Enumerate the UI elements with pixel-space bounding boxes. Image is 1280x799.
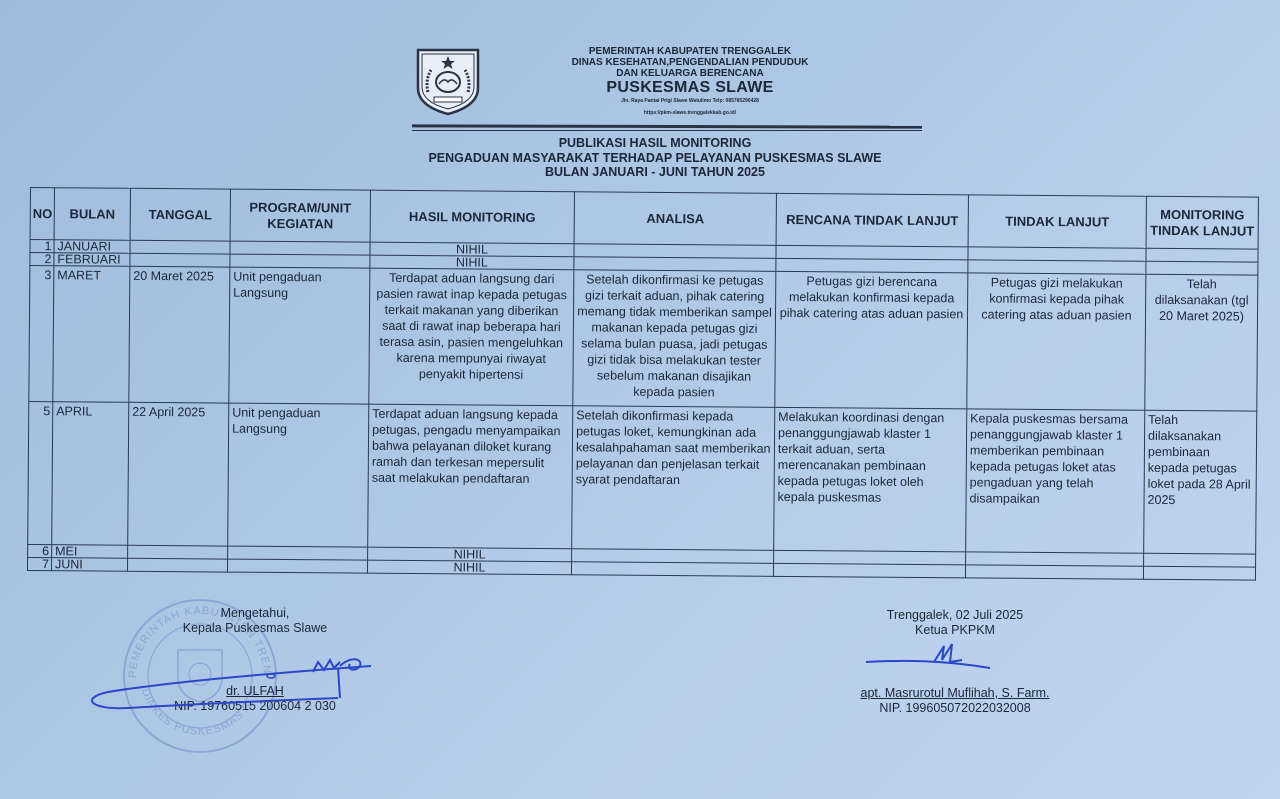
cell-bulan: JUNI	[51, 558, 127, 572]
cell-no: 2	[30, 253, 54, 266]
cell-rencana: Melakukan koordinasi dengan penanggungja…	[774, 407, 967, 552]
cell-monitoring	[1146, 248, 1258, 262]
letterhead: PEMERINTAH KABUPATEN TRENGGALEK DINAS KE…	[410, 44, 922, 124]
header-program: PROGRAM/UNIT KEGIATAN	[230, 189, 370, 242]
signatory-nip-right: NIP. 199605072022032008	[840, 701, 1070, 716]
cell-bulan: MARET	[53, 266, 130, 403]
cell-no: 7	[27, 557, 51, 570]
letterhead-government: PEMERINTAH KABUPATEN TRENGGALEK	[540, 46, 840, 57]
cell-tindak: Kepala puskesmas bersama penanggungjawab…	[966, 409, 1145, 553]
cell-hasil: Terdapat aduan langsung dari pasien rawa…	[369, 268, 574, 406]
title-line-3: BULAN JANUARI - JUNI TAHUN 2025	[400, 165, 910, 180]
cell-tindak: Petugas gizi melakukan konfirmasi kepada…	[967, 273, 1146, 410]
monitoring-table-container: NO BULAN TANGGAL PROGRAM/UNIT KEGIATAN H…	[27, 187, 1258, 581]
signatory-position-right: Ketua PKPKM	[840, 623, 1070, 638]
handwritten-signature-right-icon	[862, 640, 1002, 674]
cell-analisa: Setelah dikonfirmasi kepada petugas loke…	[572, 406, 775, 551]
monitoring-table: NO BULAN TANGGAL PROGRAM/UNIT KEGIATAN H…	[27, 187, 1259, 581]
cell-hasil: NIHIL	[367, 560, 571, 575]
cell-bulan: JANUARI	[54, 240, 130, 254]
signatory-name-right: apt. Masrurotul Muflihah, S. Farm.	[840, 686, 1070, 701]
regency-emblem-icon	[412, 44, 484, 116]
cell-program: Unit pengaduan Langsung	[228, 403, 369, 547]
table-row: 3 MARET 20 Maret 2025 Unit pengaduan Lan…	[29, 266, 1258, 412]
cell-monitoring	[1143, 566, 1255, 580]
cell-tanggal	[127, 558, 227, 572]
signatory-position-left: Kepala Puskesmas Slawe	[150, 621, 360, 636]
title-line-2: PENGADUAN MASYARAKAT TERHADAP PELAYANAN …	[400, 151, 910, 166]
cell-program	[230, 254, 370, 268]
table-row: 5 APRIL 22 April 2025 Unit pengaduan Lan…	[28, 401, 1257, 554]
cell-analisa: Setelah dikonfirmasi ke petugas gizi ter…	[573, 270, 776, 408]
cell-monitoring	[1146, 261, 1258, 275]
cell-tanggal: 22 April 2025	[128, 402, 229, 546]
cell-bulan: APRIL	[52, 402, 129, 546]
cell-program	[228, 546, 368, 560]
header-tindak-lanjut: TINDAK LANJUT	[968, 195, 1146, 248]
cell-no: 1	[30, 240, 54, 253]
place-date: Trenggalek, 02 Juli 2025	[840, 608, 1070, 623]
cell-rencana	[773, 563, 965, 578]
header-tanggal: TANGGAL	[130, 188, 230, 241]
letterhead-rule	[412, 124, 922, 128]
cell-program	[227, 559, 367, 573]
cell-analisa	[571, 562, 773, 577]
letterhead-website: https://pkm-slawe.trenggalekkab.go.id/	[540, 109, 840, 118]
table-header-row: NO BULAN TANGGAL PROGRAM/UNIT KEGIATAN H…	[30, 188, 1258, 250]
cell-no: 6	[28, 544, 52, 557]
header-rencana-tindak-lanjut: RENCANA TINDAK LANJUT	[776, 193, 968, 247]
cell-tindak	[965, 565, 1143, 579]
cell-hasil: Terdapat aduan langsung kepada petugas, …	[368, 404, 573, 549]
cell-no: 5	[28, 401, 53, 544]
cell-no: 3	[29, 266, 54, 402]
cell-tanggal	[130, 240, 230, 254]
handwritten-signature-left-icon	[88, 652, 388, 714]
header-no: NO	[30, 188, 54, 240]
cell-monitoring: Telah dilaksanakan pembinaan kepada petu…	[1144, 410, 1257, 554]
cell-tanggal	[128, 545, 228, 559]
letterhead-rule-thin	[412, 130, 922, 131]
cell-program: Unit pengaduan Langsung	[229, 267, 370, 404]
header-hasil-monitoring: HASIL MONITORING	[370, 190, 574, 244]
acknowledged-label: Mengetahui,	[150, 606, 360, 621]
letterhead-department-cont: DAN KELUARGA BERENCANA	[540, 68, 840, 79]
header-analisa: ANALISA	[574, 192, 776, 246]
letterhead-department: DINAS KESEHATAN,PENGENDALIAN PENDUDUK	[540, 57, 840, 68]
cell-bulan: MEI	[52, 545, 128, 559]
document-title: PUBLIKASI HASIL MONITORING PENGADUAN MAS…	[400, 136, 910, 180]
cell-bulan: FEBRUARI	[54, 253, 130, 267]
letterhead-address: Jln. Raya Pantai Prigi Slawe Watulimo Te…	[540, 97, 840, 106]
cell-program	[230, 241, 370, 255]
cell-tanggal: 20 Maret 2025	[129, 266, 230, 403]
cell-monitoring: Telah dilaksanakan (tgl 20 Maret 2025)	[1145, 274, 1258, 411]
header-bulan: BULAN	[54, 188, 130, 241]
header-monitoring-tindak-lanjut: MONITORING TINDAK LANJUT	[1146, 196, 1258, 249]
letterhead-institution-name: PUSKESMAS SLAWE	[540, 79, 840, 97]
cell-tanggal	[130, 253, 230, 267]
cell-monitoring	[1144, 553, 1256, 567]
cell-rencana: Petugas gizi berencana melakukan konfirm…	[775, 271, 968, 409]
title-line-1: PUBLIKASI HASIL MONITORING	[400, 136, 910, 151]
